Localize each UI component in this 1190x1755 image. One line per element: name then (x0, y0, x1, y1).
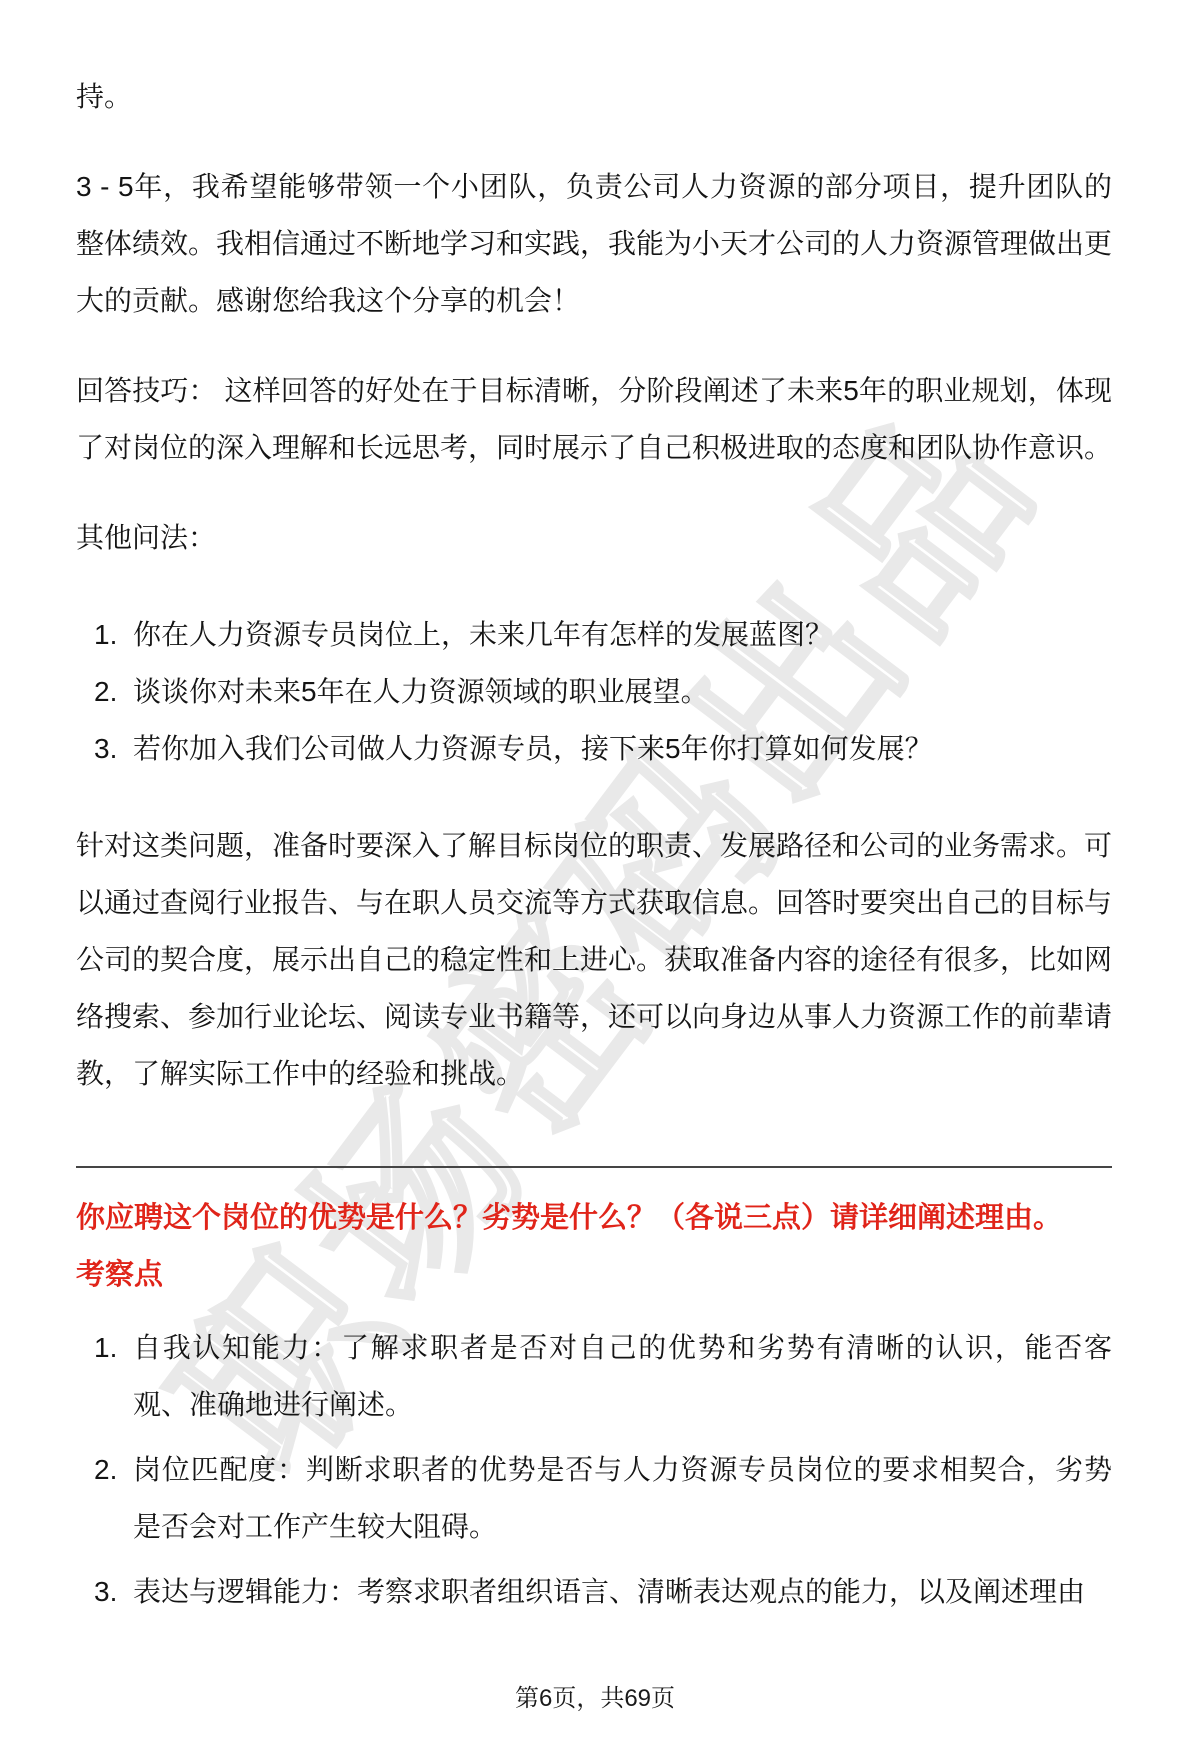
other-askings-label: 其他问法： (76, 509, 1112, 566)
carryover-text: 持。 (76, 68, 1112, 125)
list-item-text: 自我认知能力：了解求职者是否对自己的优势和劣势有清晰的认识，能否客观、准确地进行… (133, 1319, 1112, 1433)
list-item-text: 谈谈你对未来5年在人力资源领域的职业展望。 (133, 663, 1112, 720)
answer-tips-paragraph: 回答技巧： 这样回答的好处在于目标清晰，分阶段阐述了未来5年的职业规划，体现了对… (76, 362, 1112, 476)
list-item: 3.若你加入我们公司做人力资源专员，接下来5年你打算如何发展？ (76, 720, 1112, 777)
page-number-indicator: 第6页，共69页 (0, 1684, 1190, 1714)
answer-paragraph: 3 - 5年，我希望能够带领一个小团队，负责公司人力资源的部分项目，提升团队的整… (76, 158, 1112, 329)
list-item: 2.谈谈你对未来5年在人力资源领域的职业展望。 (76, 663, 1112, 720)
list-item-text: 表达与逻辑能力：考察求职者组织语言、清晰表达观点的能力，以及阐述理由 (133, 1563, 1112, 1620)
section-divider (76, 1166, 1112, 1168)
list-item-number: 3. (94, 720, 133, 777)
page-content: 持。 3 - 5年，我希望能够带领一个小团队，负责公司人力资源的部分项目，提升团… (0, 0, 1190, 1620)
list-item-number: 1. (94, 1319, 133, 1433)
list-item-number: 2. (94, 663, 133, 720)
next-question-title: 你应聘这个岗位的优势是什么？劣势是什么？（各说三点）请详细阐述理由。 (76, 1190, 1112, 1247)
exam-points-list: 1.自我认知能力：了解求职者是否对自己的优势和劣势有清晰的认识，能否客观、准确地… (76, 1319, 1112, 1620)
list-item-text: 若你加入我们公司做人力资源专员，接下来5年你打算如何发展？ (133, 720, 1112, 777)
list-item-number: 2. (94, 1441, 133, 1555)
list-item-text: 你在人力资源专员岗位上，未来几年有怎样的发展蓝图？ (133, 606, 1112, 663)
list-item-number: 3. (94, 1563, 133, 1620)
list-item: 2.岗位匹配度：判断求职者的优势是否与人力资源专员岗位的要求相契合，劣势是否会对… (76, 1441, 1112, 1555)
preparation-paragraph: 针对这类问题，准备时要深入了解目标岗位的职责、发展路径和公司的业务需求。可以通过… (76, 817, 1112, 1102)
list-item: 1.你在人力资源专员岗位上，未来几年有怎样的发展蓝图？ (76, 606, 1112, 663)
exam-points-label: 考察点 (76, 1247, 1112, 1304)
other-askings-list: 1.你在人力资源专员岗位上，未来几年有怎样的发展蓝图？2.谈谈你对未来5年在人力… (76, 606, 1112, 777)
document-page: 职场密码出品 持。 3 - 5年，我希望能够带领一个小团队，负责公司人力资源的部… (0, 0, 1190, 1755)
list-item-text: 岗位匹配度：判断求职者的优势是否与人力资源专员岗位的要求相契合，劣势是否会对工作… (133, 1441, 1112, 1555)
list-item-number: 1. (94, 606, 133, 663)
list-item: 1.自我认知能力：了解求职者是否对自己的优势和劣势有清晰的认识，能否客观、准确地… (76, 1319, 1112, 1433)
list-item: 3.表达与逻辑能力：考察求职者组织语言、清晰表达观点的能力，以及阐述理由 (76, 1563, 1112, 1620)
